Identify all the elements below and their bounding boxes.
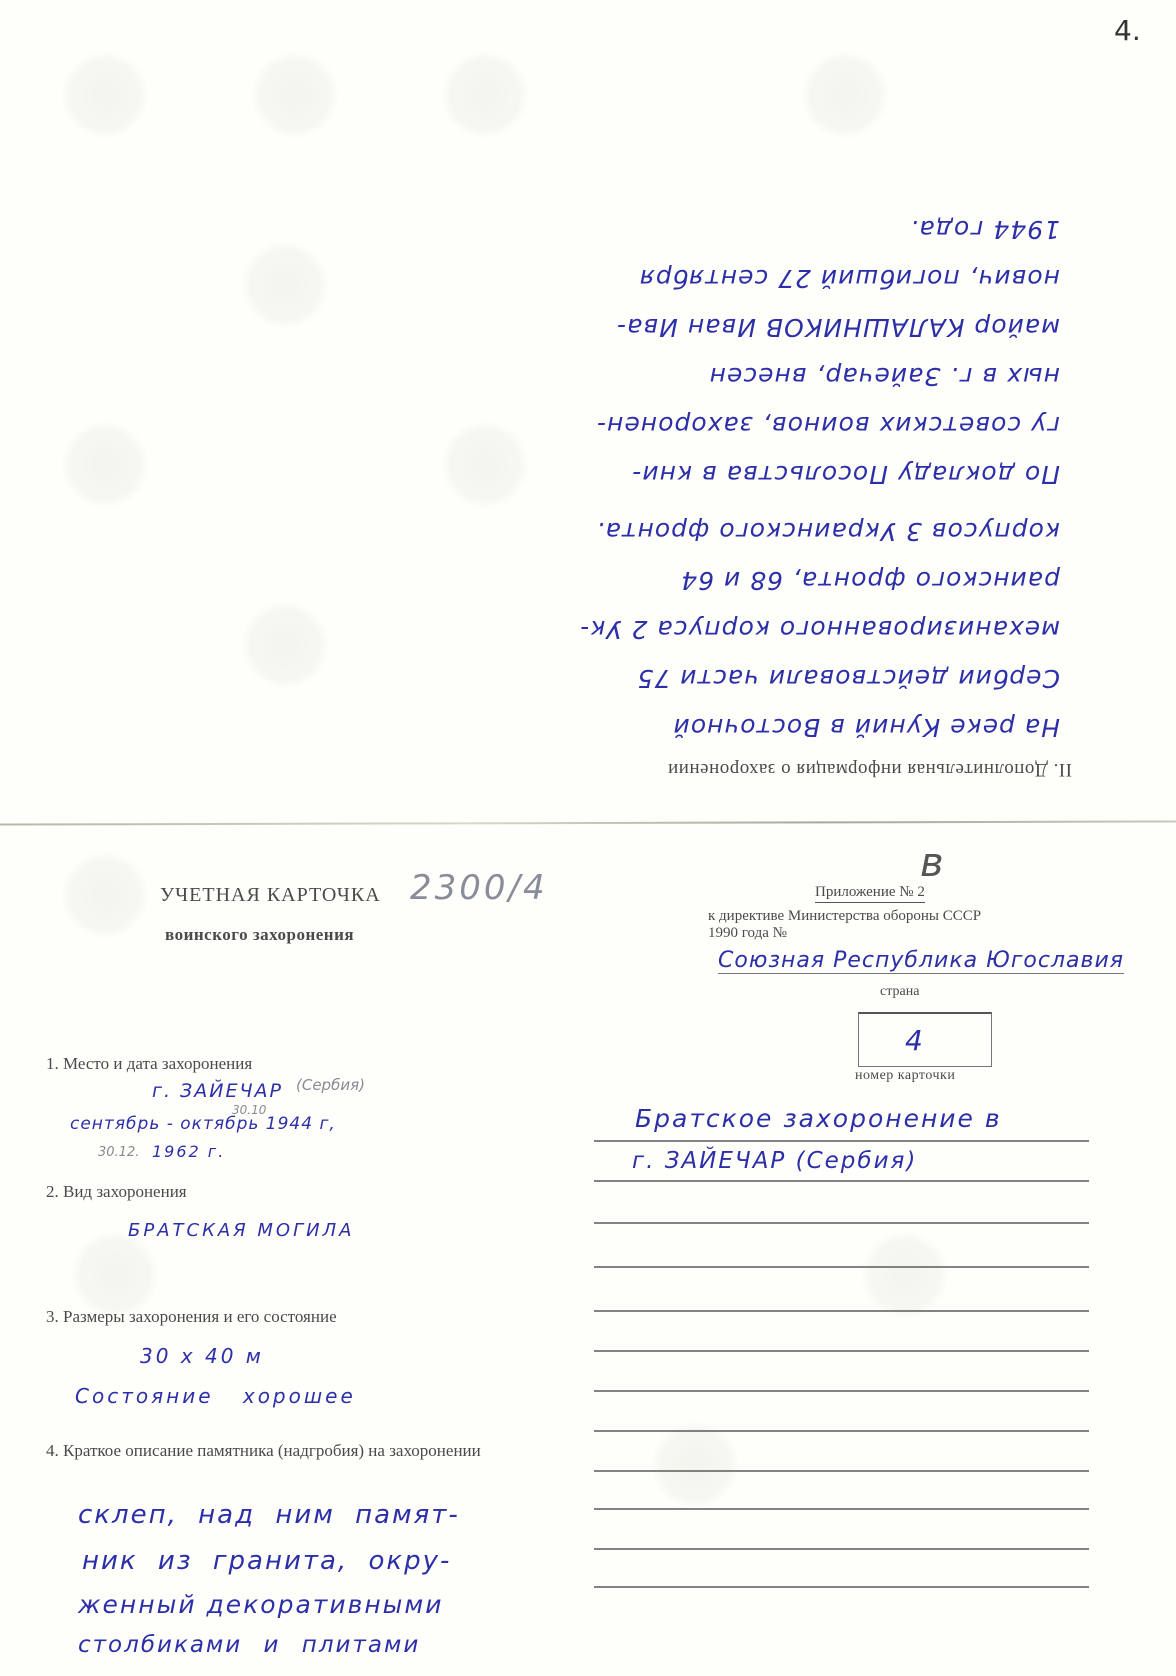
handwritten-line: раинского фронта, 68 и 64 xyxy=(540,556,1060,605)
field-4-line: столбиками и плитами xyxy=(78,1632,420,1658)
appendix-label: Приложение № 2 xyxy=(815,884,925,903)
ruled-line xyxy=(594,1430,1089,1432)
handwritten-line: нович, погибший 27 сентября xyxy=(540,254,1060,303)
field-1-annotation-country: (Сербия) xyxy=(296,1076,365,1094)
ruled-line xyxy=(594,1548,1089,1550)
additional-info-section: II. Дополнительная информация о захороне… xyxy=(540,225,1100,780)
watermark xyxy=(60,850,150,940)
field-1-annotation-date-2: 30.12. xyxy=(98,1145,139,1160)
ruled-line xyxy=(594,1586,1089,1588)
ruled-line xyxy=(594,1470,1089,1472)
watermark xyxy=(250,50,340,140)
handwritten-line: По докладу Посольства в кни- xyxy=(540,450,1060,499)
card-number-box xyxy=(858,1012,992,1067)
handwritten-line: На реке Куний в Восточной xyxy=(540,703,1060,752)
ruled-line xyxy=(594,1222,1089,1224)
appendix-mark: в xyxy=(920,840,944,886)
ruled-line xyxy=(594,1180,1089,1182)
watermark xyxy=(800,50,890,140)
right-text-line: г. ЗАЙЕЧАР (Сербия) xyxy=(632,1148,917,1174)
handwritten-line: механизированного корпуса 2 Ук- xyxy=(540,605,1060,654)
field-1-label: 1. Место и дата захоронения xyxy=(46,1054,252,1074)
ruled-line xyxy=(594,1350,1089,1352)
card-title: УЧЕТНАЯ КАРТОЧКА xyxy=(160,884,381,907)
field-1-date-2: 1962 г. xyxy=(152,1142,225,1161)
field-4-line: ник из гранита, окру- xyxy=(82,1546,451,1576)
handwritten-line: гу советских воинов, захоронен- xyxy=(540,401,1060,450)
ruled-line xyxy=(594,1508,1089,1510)
field-3-size: 30 x 40 м xyxy=(140,1344,264,1368)
card-subtitle: воинского захоронения xyxy=(165,925,354,945)
ruled-line xyxy=(594,1310,1089,1312)
ruled-line xyxy=(594,1266,1089,1268)
country-label: страна xyxy=(880,984,919,1000)
ruled-line xyxy=(594,1140,1089,1142)
field-1-place: г. ЗАЙЕЧАР xyxy=(152,1080,283,1102)
watermark xyxy=(860,1230,950,1320)
registration-number: 2300/4 xyxy=(410,868,548,908)
watermark xyxy=(240,240,330,330)
field-1-date: сентябрь - октябрь 1944 г, xyxy=(70,1114,336,1134)
watermark xyxy=(60,50,150,140)
field-4-line: женный декоративными xyxy=(78,1590,444,1619)
ruled-line xyxy=(594,1390,1089,1392)
handwritten-line: корпусов 3 Украинского фронта. xyxy=(540,507,1060,556)
additional-info-heading: II. Дополнительная информация о захороне… xyxy=(540,758,1072,780)
field-3-label: 3. Размеры захоронения и его состояние xyxy=(46,1307,337,1327)
directive-line-1: к директиве Министерства обороны СССР xyxy=(708,908,981,925)
watermark xyxy=(240,600,330,690)
country-value: Союзная Республика Югославия xyxy=(718,948,1124,974)
card-number-label: номер карточки xyxy=(855,1068,955,1084)
field-3-condition: Состояние хорошее xyxy=(75,1384,356,1408)
watermark xyxy=(440,420,530,510)
fold-line xyxy=(0,820,1176,825)
page-number: 4. xyxy=(1114,14,1141,47)
handwritten-line: ных в г. Зайечар, внесен xyxy=(540,352,1060,401)
handwritten-line: 1944 года. xyxy=(540,205,1060,254)
watermark xyxy=(440,50,530,140)
field-2-value: БРАТСКАЯ МОГИЛА xyxy=(128,1220,354,1241)
directive-line-2: 1990 года № xyxy=(708,925,787,942)
watermark xyxy=(60,420,150,510)
handwritten-line: Сербии действовали части 75 xyxy=(540,654,1060,703)
right-text-line: Братское захоронение в xyxy=(635,1104,1002,1133)
card-number-value: 4 xyxy=(905,1024,925,1057)
field-2-label: 2. Вид захоронения xyxy=(46,1182,187,1202)
field-4-line: склеп, над ним памят- xyxy=(78,1500,460,1530)
watermark xyxy=(650,1420,740,1510)
field-4-label: 4. Краткое описание памятника (надгробия… xyxy=(46,1441,556,1461)
handwritten-line: майор КАЛАШНИКОВ Иван Ива- xyxy=(540,303,1060,352)
